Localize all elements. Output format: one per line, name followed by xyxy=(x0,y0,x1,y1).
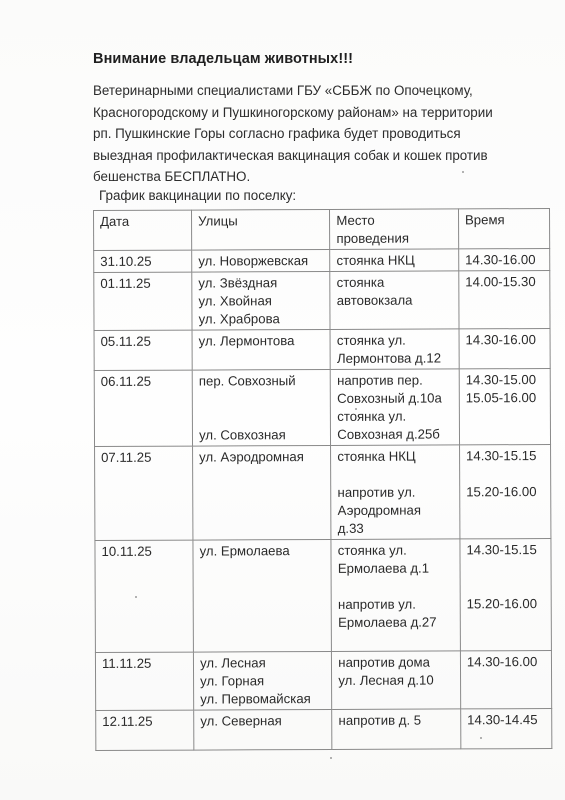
place-line: стоянка ул. xyxy=(338,541,455,560)
time-slot: 14.30-16.00 xyxy=(467,653,546,671)
cell-place: напротив дома ул. Лесная д.10 xyxy=(332,651,461,710)
street: ул. Лесная xyxy=(200,654,326,673)
place-line: напротив пер. xyxy=(337,371,454,390)
time-slot: 14.00-15.30 xyxy=(465,273,544,291)
spacer xyxy=(338,577,455,596)
cell-date: 01.11.25 xyxy=(94,272,192,330)
street: ул. Аэродромная xyxy=(199,448,325,467)
cell-time: 14.30-14.45 xyxy=(461,709,552,749)
spacer xyxy=(200,730,326,749)
spacer xyxy=(466,465,545,483)
place-line: д.33 xyxy=(338,519,455,538)
place-line: напротив д. 5 xyxy=(338,711,455,730)
street: ул. Горная xyxy=(200,672,326,691)
cell-date: 12.11.25 xyxy=(96,710,194,750)
spacer xyxy=(337,465,454,484)
header-place-line: Место xyxy=(336,211,453,230)
table-row: 07.11.25 ул. Аэродромная стоянка НКЦ нап… xyxy=(95,445,551,541)
street: ул. Северная xyxy=(200,712,326,731)
place-line: Ермолаева д.1 xyxy=(338,559,455,578)
cell-streets: ул. Лермонтова xyxy=(192,329,330,370)
place-line: стоянка ул. xyxy=(337,331,454,350)
cell-place: стоянка НКЦ xyxy=(330,249,459,272)
street: ул. Храброва xyxy=(199,310,325,329)
header-time: Время xyxy=(458,209,549,249)
table-row: 06.11.25 пер. Совхозный ул. Совхозная на… xyxy=(94,369,550,447)
table-row: 01.11.25 ул. Звёздная ул. Хвойная ул. Хр… xyxy=(94,271,550,331)
cell-date: 06.11.25 xyxy=(94,370,192,446)
place-line: Аэродромная xyxy=(338,501,455,520)
cell-streets: ул. Северная xyxy=(194,709,332,750)
street: ул. Лермонтова xyxy=(199,332,325,351)
cell-time: 14.30-16.00 xyxy=(459,249,550,271)
header-date: Дата xyxy=(94,210,192,250)
cell-date: 07.11.25 xyxy=(95,446,193,540)
place-line: Ермолаева д.27 xyxy=(338,613,455,632)
place-line: напротив дома xyxy=(338,653,455,672)
intro-line: выездная профилактическая вакцинация соб… xyxy=(93,145,513,167)
place-line: напротив ул. xyxy=(337,483,454,502)
cell-time: 14.00-15.30 xyxy=(459,271,550,329)
cell-place: стоянка ул. Ермолаева д.1 напротив ул. Е… xyxy=(331,539,460,652)
notice-title: Внимание владельцам животных!!! xyxy=(93,51,353,67)
cell-streets: ул. Лесная ул. Горная ул. Первомайская xyxy=(194,651,332,710)
intro-line: бешенства БЕСПЛАТНО. xyxy=(93,166,513,188)
street: пер. Совхозный xyxy=(199,372,325,391)
header-place-line: проведения xyxy=(336,229,453,248)
time-slot: 14.30-16.00 xyxy=(465,251,544,269)
cell-date: 10.11.25 xyxy=(95,540,194,652)
scan-speck xyxy=(135,596,137,598)
scanned-page: Внимание владельцам животных!!! Ветерина… xyxy=(0,0,565,800)
schedule-caption: График вакцинации по поселку: xyxy=(99,188,296,203)
cell-place: напротив пер. Совхозный д.10а стоянка ул… xyxy=(330,369,459,446)
street: ул. Первомайская xyxy=(200,690,326,709)
cell-streets: ул. Новоржевская xyxy=(192,249,330,272)
cell-time: 14.30-15.15 15.20-16.00 xyxy=(460,539,552,651)
street: ул. Новоржевская xyxy=(198,252,324,271)
cell-streets: ул. Звёздная ул. Хвойная ул. Храброва xyxy=(192,271,330,330)
street: ул. Совхозная xyxy=(199,426,325,445)
cell-date: 05.11.25 xyxy=(94,330,192,370)
scan-speck xyxy=(355,408,357,410)
vaccination-schedule-table: Дата Улицы Место проведения Время 31.10.… xyxy=(93,208,552,751)
cell-place: напротив д. 5 xyxy=(332,709,461,750)
time-slot: 15.05-16.00 xyxy=(466,389,545,407)
place-line: Совхозная д.25б xyxy=(337,425,454,444)
spacer xyxy=(466,559,545,595)
cell-time: 14.30-15.15 15.20-16.00 xyxy=(459,445,550,539)
time-slot: 14.30-16.00 xyxy=(465,331,544,349)
table-row: 31.10.25 ул. Новоржевская стоянка НКЦ 14… xyxy=(94,249,550,273)
scan-speck xyxy=(462,171,464,173)
scan-speck xyxy=(480,737,482,739)
cell-date: 11.11.25 xyxy=(95,652,193,710)
time-slot: 14.30-15.15 xyxy=(466,447,545,465)
table-row: 12.11.25 ул. Северная напротив д. 5 14.3… xyxy=(96,709,552,751)
cell-streets: ул. Ермолаева xyxy=(193,539,332,652)
spacer xyxy=(338,631,455,650)
spacer xyxy=(199,390,325,427)
cell-place: стоянка ул. Лермонтова д.12 xyxy=(330,329,459,370)
time-slot: 15.20-16.00 xyxy=(467,595,546,613)
cell-time: 14.30-15.00 15.05-16.00 xyxy=(459,369,550,445)
place-line: Лермонтова д.12 xyxy=(337,349,454,368)
time-slot: 14.30-15.00 xyxy=(466,371,545,389)
cell-place: стоянка НКЦ напротив ул. Аэродромная д.3… xyxy=(331,445,460,540)
cell-date: 31.10.25 xyxy=(94,250,192,272)
cell-streets: ул. Аэродромная xyxy=(193,445,332,540)
place-line: стоянка ул. xyxy=(337,407,454,426)
cell-time: 14.30-16.00 xyxy=(460,651,551,709)
cell-time: 14.30-16.00 xyxy=(459,329,550,369)
street: ул. Ермолаева xyxy=(200,542,326,561)
table-row: 11.11.25 ул. Лесная ул. Горная ул. Перво… xyxy=(95,651,551,711)
place-line: стоянка xyxy=(337,273,454,292)
table-row: 10.11.25 ул. Ермолаева стоянка ул. Ермол… xyxy=(95,539,551,653)
time-slot: 14.30-15.15 xyxy=(466,541,545,559)
time-slot: 15.20-16.00 xyxy=(466,483,545,501)
notice-intro: Ветеринарными специалистами ГБУ «СББЖ по… xyxy=(93,80,513,188)
street: ул. Звёздная xyxy=(198,274,324,293)
place-line: ул. Лесная д.10 xyxy=(338,671,455,690)
header-place: Место проведения xyxy=(330,209,459,250)
place-line: напротив ул. xyxy=(338,595,455,614)
intro-line: Ветеринарными специалистами ГБУ «СББЖ по… xyxy=(93,80,513,102)
place-line: стоянка НКЦ xyxy=(336,251,453,270)
cell-streets: пер. Совхозный ул. Совхозная xyxy=(192,369,331,446)
time-slot: 14.30-14.45 xyxy=(467,711,546,729)
table-header-row: Дата Улицы Место проведения Время xyxy=(94,209,550,251)
place-line: Совхозный д.10а xyxy=(337,389,454,408)
place-line: стоянка НКЦ xyxy=(337,447,454,466)
street: ул. Хвойная xyxy=(198,292,324,311)
place-line: автовокзала xyxy=(337,291,454,310)
cell-place: стоянка автовокзала xyxy=(330,271,459,330)
header-streets: Улицы xyxy=(192,209,330,250)
intro-line: Красногородскому и Пушкиногорскому район… xyxy=(93,102,513,124)
intro-line: рп. Пушкинские Горы согласно графика буд… xyxy=(93,123,513,145)
scan-speck xyxy=(330,757,332,759)
table-row: 05.11.25 ул. Лермонтова стоянка ул. Лерм… xyxy=(94,329,550,371)
